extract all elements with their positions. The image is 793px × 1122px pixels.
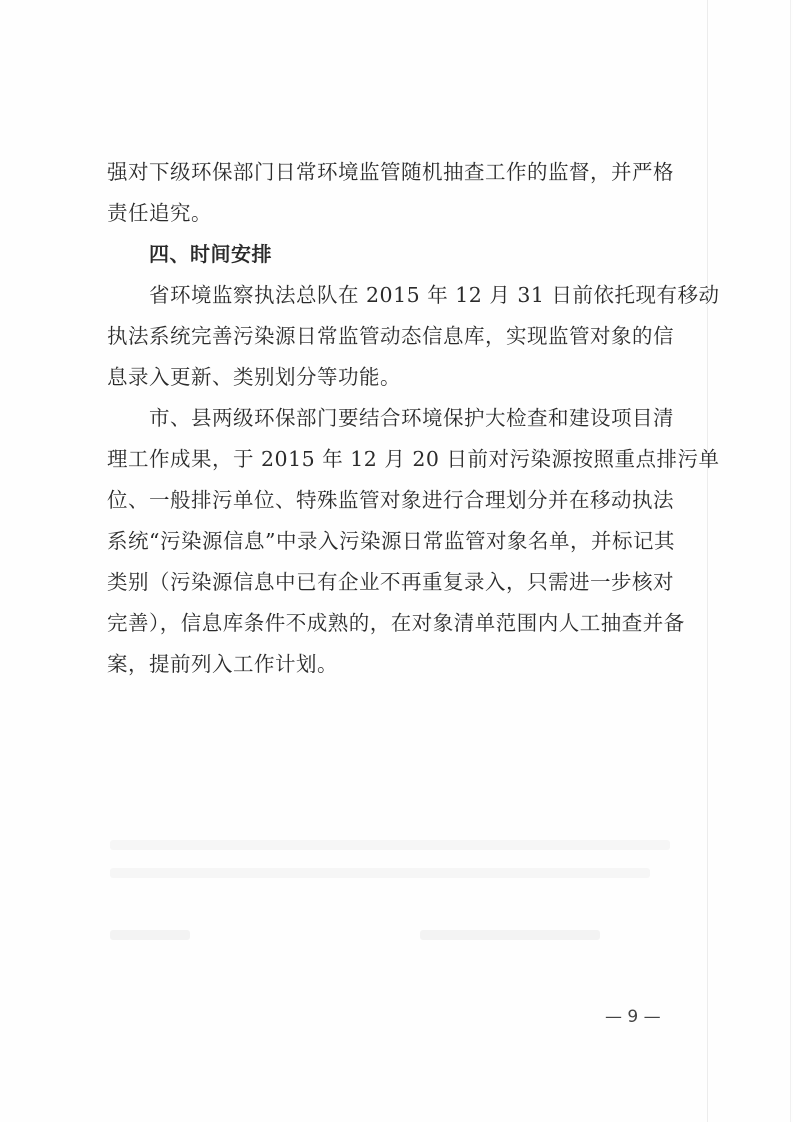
scan-bleed-artifact: [110, 930, 190, 940]
body-line: 强对下级环保部门日常环境监管随机抽查工作的监督，并严格: [107, 152, 695, 193]
scan-bleed-artifact: [110, 868, 650, 878]
paragraph-line: 理工作成果，于 2015 年 12 月 20 日前对污染源按照重点排污单: [107, 439, 695, 480]
paragraph-line: 省环境监察执法总队在 2015 年 12 月 31 日前依托现有移动: [107, 275, 695, 316]
scan-fold-line: [707, 0, 708, 1122]
paragraph-line: 执法系统完善污染源日常监管动态信息库，实现监管对象的信: [107, 316, 695, 357]
paragraph-line: 类别（污染源信息中已有企业不再重复录入，只需进一步核对: [107, 562, 695, 603]
page-number: — 9 —: [605, 1007, 661, 1027]
paragraph-line: 完善），信息库条件不成熟的，在对象清单范围内人工抽查并备: [107, 603, 695, 644]
document-body: 强对下级环保部门日常环境监管随机抽查工作的监督，并严格 责任追究。 四、时间安排…: [107, 152, 695, 685]
paragraph-line: 市、县两级环保部门要结合环境保护大检查和建设项目清: [107, 398, 695, 439]
scan-bleed-artifact: [110, 840, 670, 850]
scan-bleed-artifact: [420, 930, 600, 940]
scan-edge-line: [790, 0, 791, 1122]
document-page: 强对下级环保部门日常环境监管随机抽查工作的监督，并严格 责任追究。 四、时间安排…: [0, 0, 793, 1122]
paragraph-line: 案，提前列入工作计划。: [107, 644, 695, 685]
section-heading: 四、时间安排: [107, 234, 695, 275]
paragraph-line: 系统“污染源信息”中录入污染源日常监管对象名单，并标记其: [107, 521, 695, 562]
paragraph-line: 息录入更新、类别划分等功能。: [107, 357, 695, 398]
paragraph-line: 位、一般排污单位、特殊监管对象进行合理划分并在移动执法: [107, 480, 695, 521]
body-line: 责任追究。: [107, 193, 695, 234]
